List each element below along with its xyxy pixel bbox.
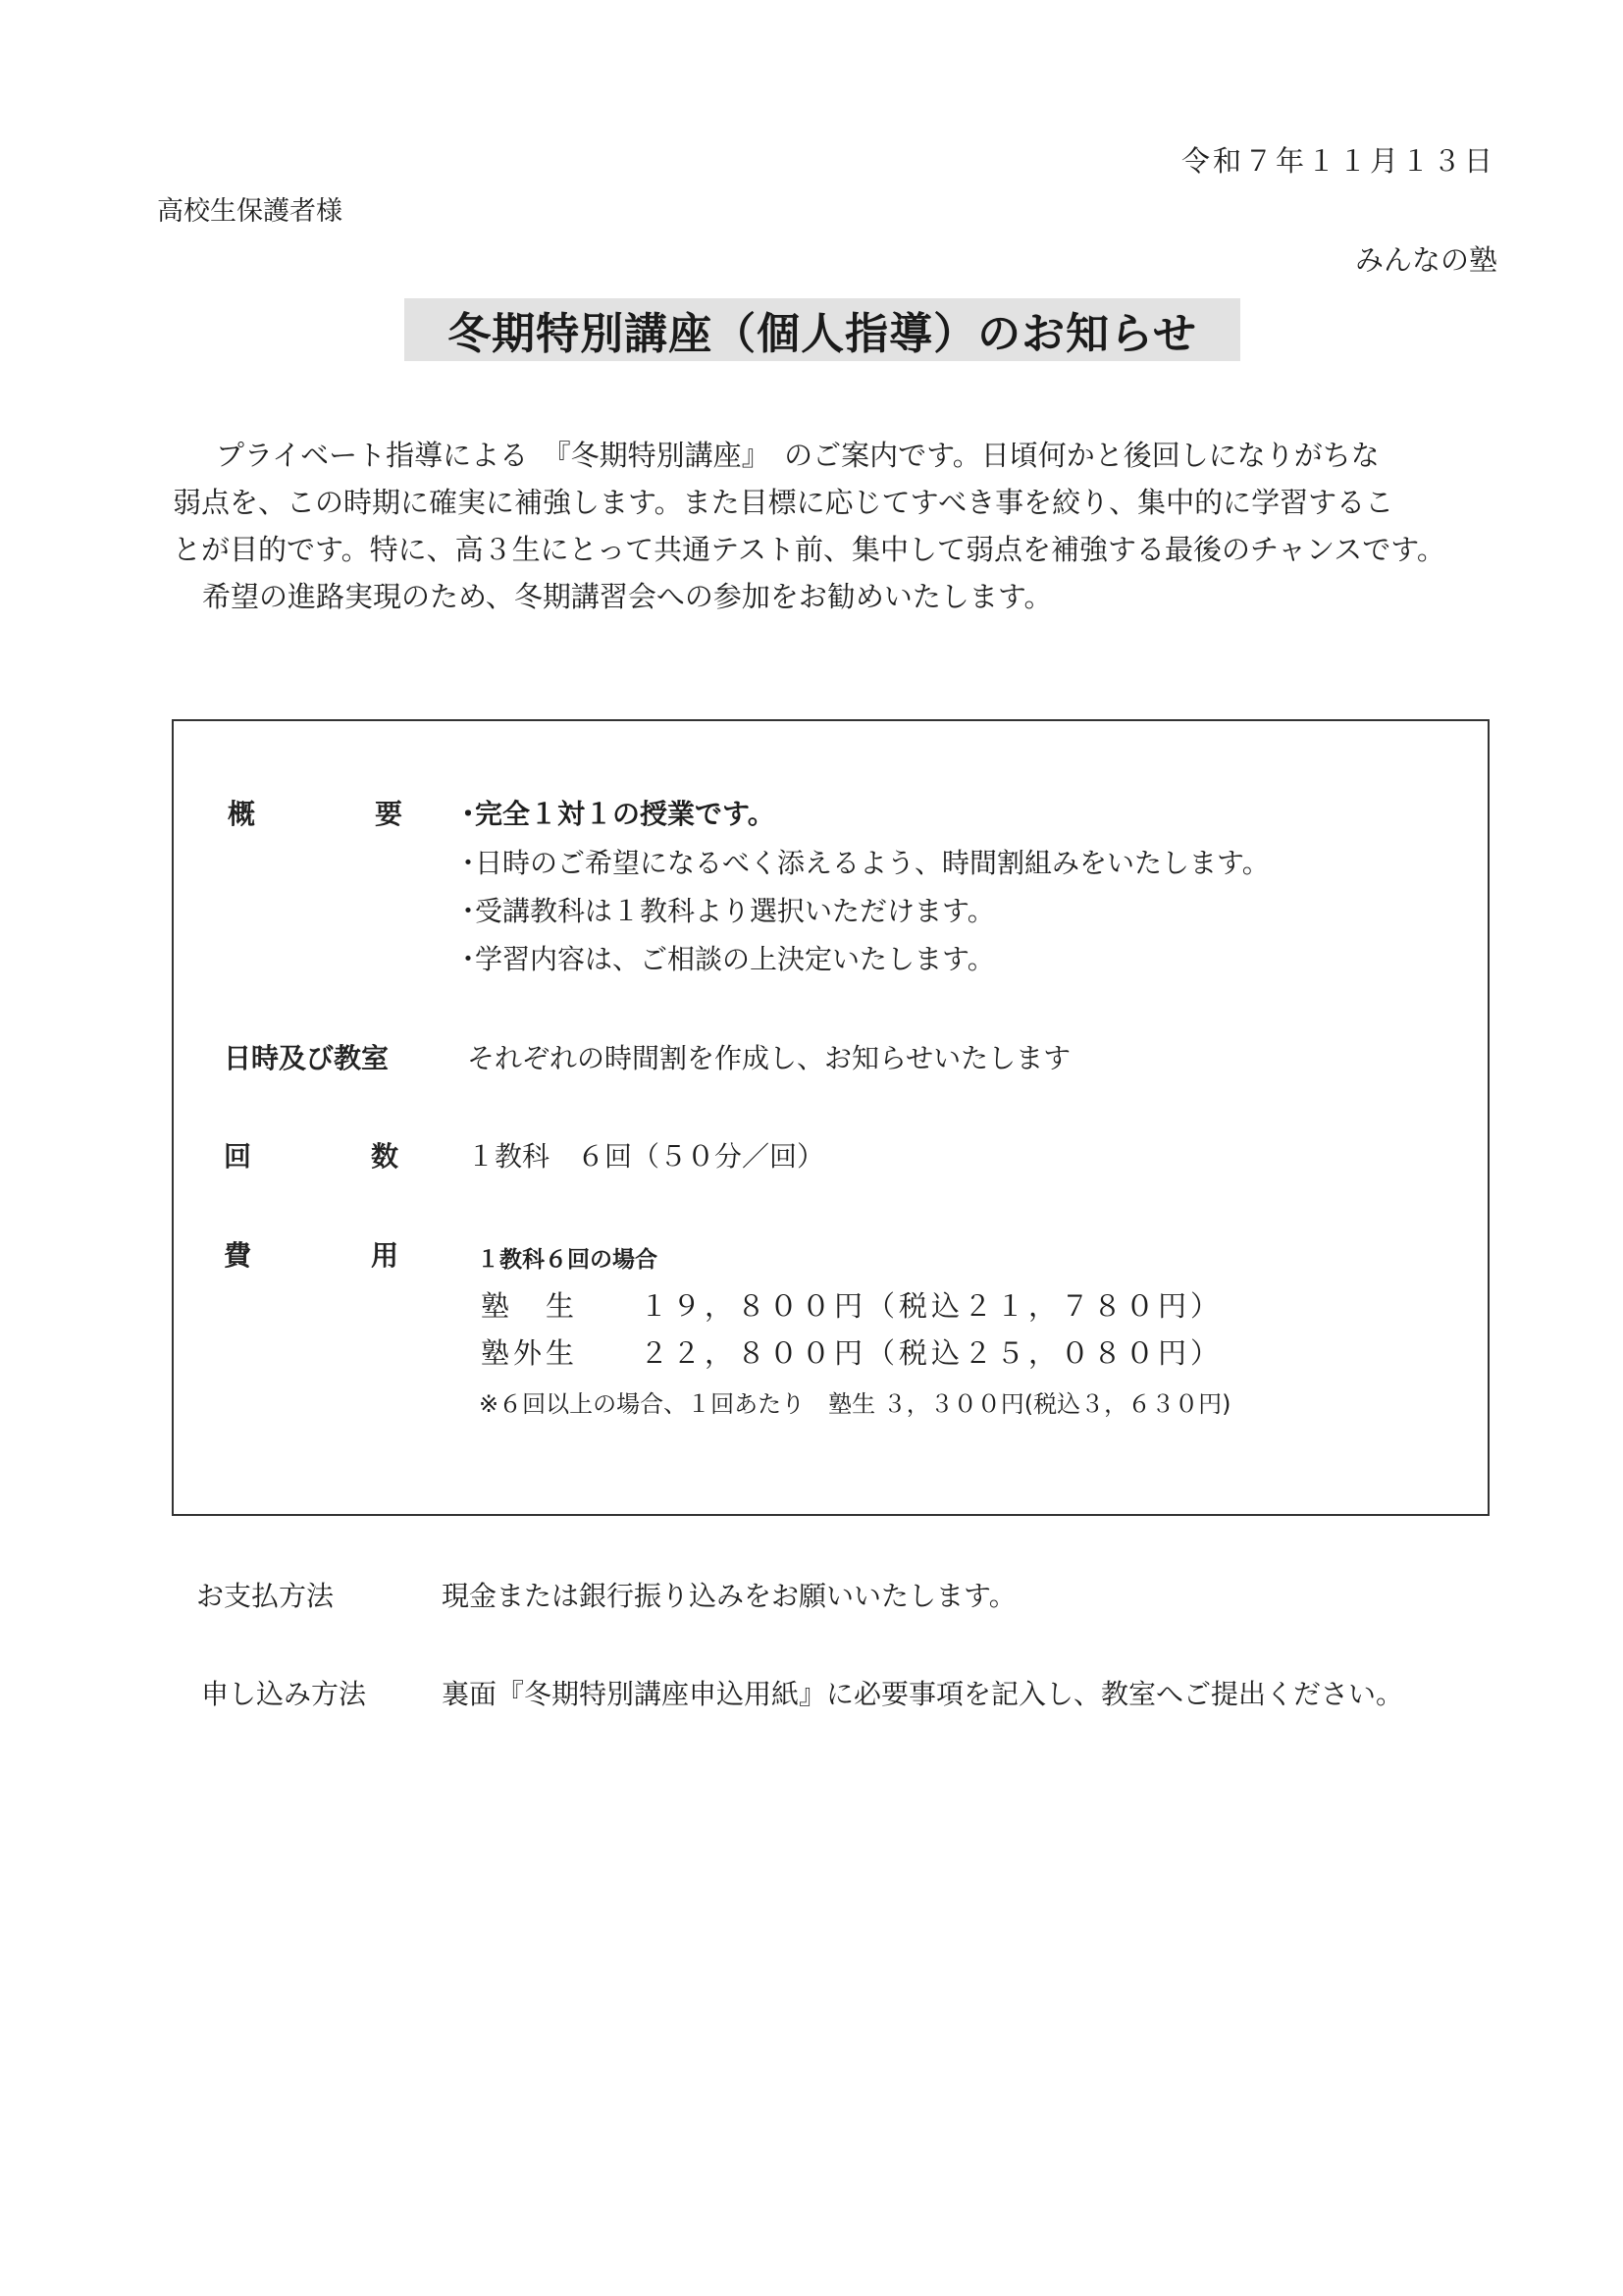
intro-line: 希望の進路実現のため、冬期講習会への参加をお勧めいたします。 bbox=[173, 573, 1497, 620]
overview-item: ･学習内容は、ご相談の上決定いたします。 bbox=[461, 938, 995, 977]
fees-note: ※６回以上の場合、１回あたり 塾生 ３，３００円(税込３，６３０円) bbox=[479, 1384, 1230, 1419]
overview-item: ･日時のご希望になるべく添えるよう、時間割組みをいたします。 bbox=[461, 842, 1270, 881]
payment-label: お支払方法 bbox=[196, 1575, 334, 1614]
title-banner: 冬期特別講座（個人指導）のお知らせ bbox=[404, 298, 1240, 361]
application-text: 裏面『冬期特別講座申込用紙』に必要事項を記入し、教室へご提出ください。 bbox=[442, 1673, 1403, 1712]
fee-price-nonmember: ２２，８００円（税込２５，０８０円） bbox=[640, 1331, 1223, 1372]
schedule-text: それぞれの時間割を作成し、お知らせいたします bbox=[467, 1037, 1071, 1076]
payment-text: 現金または銀行振り込みをお願いいたします。 bbox=[442, 1575, 1017, 1614]
sessions-label: 回 数 bbox=[224, 1135, 398, 1174]
intro-line: とが目的です。特に、高３生にとって共通テスト前、集中して弱点を補強する最後のチャ… bbox=[173, 526, 1497, 573]
intro-line: 弱点を、この時期に確実に補強します。また目標に応じてすべき事を絞り、集中的に学習… bbox=[173, 479, 1497, 526]
fees-label: 費 用 bbox=[224, 1234, 398, 1274]
overview-label-left: 概 bbox=[228, 793, 255, 832]
addressee: 高校生保護者様 bbox=[157, 189, 342, 228]
overview-label: 概 要 bbox=[228, 793, 402, 832]
fees-label-left: 費 bbox=[224, 1234, 251, 1274]
page-title: 冬期特別講座（個人指導）のお知らせ bbox=[447, 298, 1197, 361]
intro-paragraph: プライベート指導による 『冬期特別講座』 のご案内です。日頃何かと後回しになりが… bbox=[173, 432, 1497, 620]
fees-heading: １教科６回の場合 bbox=[477, 1241, 657, 1274]
overview-item: ･受講教科は１教科より選択いただけます。 bbox=[461, 890, 995, 929]
overview-label-right: 要 bbox=[375, 793, 402, 832]
fee-type-nonmember: 塾外生 bbox=[481, 1331, 578, 1372]
sessions-label-left: 回 bbox=[224, 1135, 251, 1174]
intro-line: プライベート指導による 『冬期特別講座』 のご案内です。日頃何かと後回しになりが… bbox=[173, 432, 1497, 479]
fees-label-right: 用 bbox=[371, 1234, 398, 1274]
fee-type-member: 塾 生 bbox=[481, 1284, 578, 1325]
overview-item: ･完全１対１の授業です。 bbox=[461, 793, 775, 832]
sessions-label-right: 数 bbox=[371, 1135, 398, 1174]
sender-name: みんなの塾 bbox=[1355, 238, 1497, 279]
application-label: 申し込み方法 bbox=[201, 1673, 366, 1712]
fee-price-member: １９，８００円（税込２１，７８０円） bbox=[640, 1284, 1223, 1325]
sessions-text: １教科 ６回（５０分／回） bbox=[467, 1135, 824, 1174]
document-date: 令和７年１１月１３日 bbox=[1181, 139, 1495, 180]
schedule-label: 日時及び教室 bbox=[224, 1037, 389, 1076]
